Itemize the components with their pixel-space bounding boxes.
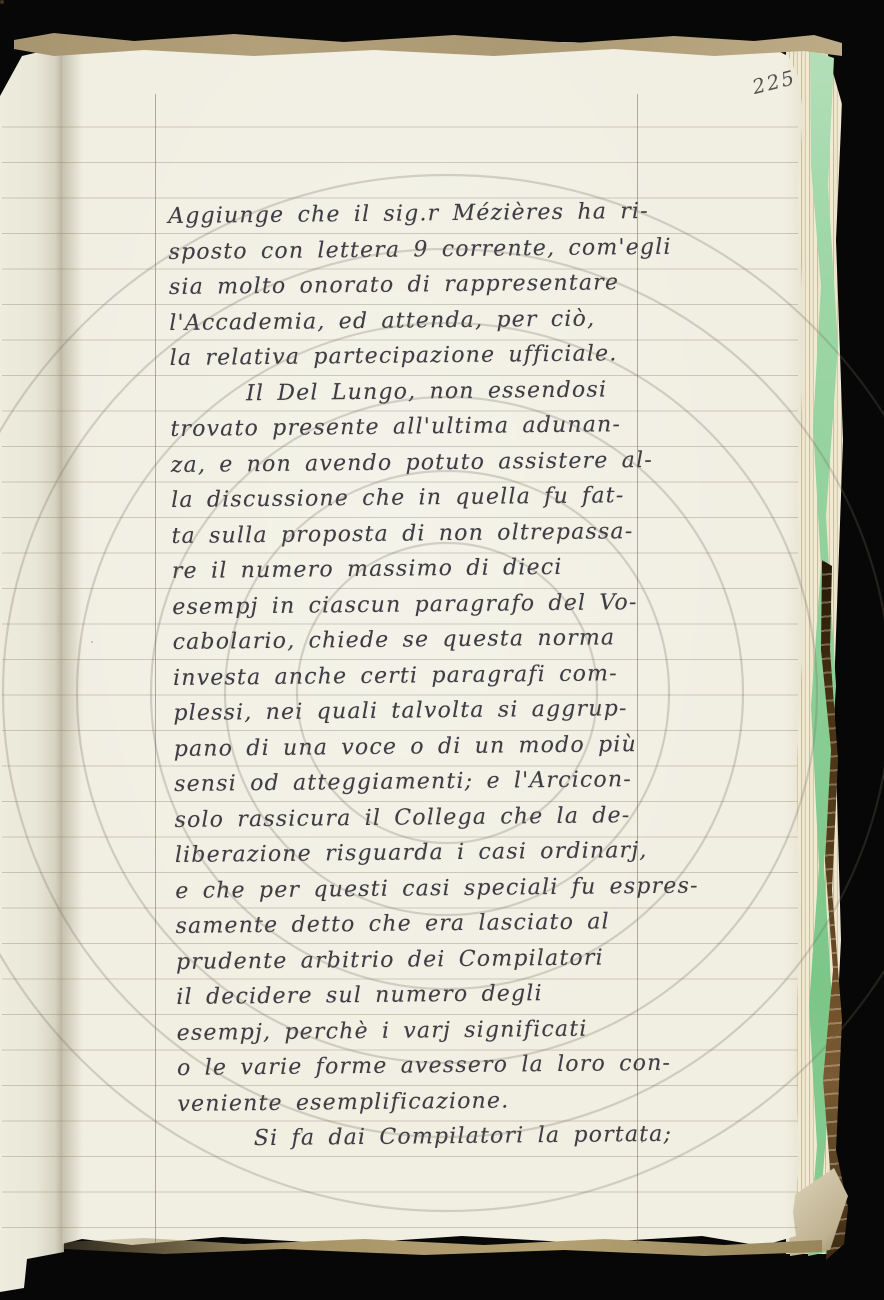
manuscript-line: cabolario, chiede se questa norma — [172, 619, 752, 661]
manuscript-line: sposto con lettera 9 corrente, com'egli — [168, 228, 748, 270]
manuscript-line: liberazione risguarda i casi ordinarj, — [175, 832, 755, 874]
manuscript-line: re il numero massimo di dieci — [172, 548, 752, 590]
manuscript-line: Si fa dai Compilatori la portata; — [254, 1116, 758, 1157]
manuscript-line: pano di una voce o di un modo più — [174, 725, 754, 767]
manuscript-line: sia molto onorato di rappresentare — [169, 264, 749, 306]
manuscript-line: investa anche certi paragrafi com- — [173, 654, 753, 696]
manuscript-line: la discussione che in quella fu fat- — [171, 477, 751, 519]
manuscript-line: sensi od atteggiamenti; e l'Arcicon- — [174, 761, 754, 803]
foxing-specks — [0, 0, 4, 4]
left-margin-line — [155, 94, 156, 1244]
manuscript-line: il decidere sul numero degli — [176, 974, 756, 1016]
manuscript-line: Aggiunge che il sig.r Mézières ha ri- — [168, 193, 748, 235]
adjacent-page-left — [0, 26, 64, 1292]
manuscript-line: plessi, nei quali talvolta si aggrup- — [173, 690, 753, 732]
manuscript-line: prudente arbitrio dei Compilatori — [176, 938, 756, 980]
manuscript-line: trovato presente all'ultima adunan- — [170, 406, 750, 448]
manuscript-line: la relativa partecipazione ufficiale. — [169, 335, 749, 377]
manuscript-line: veniente esemplificazione. — [177, 1080, 757, 1122]
manuscript-line: l'Accademia, ed attenda, per ciò, — [169, 299, 749, 341]
photo-backdrop: 225 Aggiunge che il sig.r Mézières ha ri… — [0, 0, 884, 1300]
manuscript-line: Il Del Lungo, non essendosi — [246, 370, 750, 411]
manuscript-line: esempj in ciascun paragrafo del Vo- — [172, 583, 752, 625]
manuscript-line: samente detto che era lasciato al — [175, 903, 755, 945]
manuscript-line: solo rassicura il Collega che la de- — [174, 796, 754, 838]
manuscript-line: e che per questi casi speciali fu espres… — [175, 867, 755, 909]
manuscript-line: ta sulla proposta di non oltrepassa- — [171, 512, 751, 554]
manuscript-line: o le varie forme avessero la loro con- — [177, 1045, 757, 1087]
manuscript-line: za, e non avendo potuto assistere al- — [171, 441, 751, 483]
manuscript-text: Aggiunge che il sig.r Mézières ha ri- sp… — [168, 193, 758, 1158]
manuscript-line: esempj, perchè i varj significati — [177, 1009, 757, 1051]
